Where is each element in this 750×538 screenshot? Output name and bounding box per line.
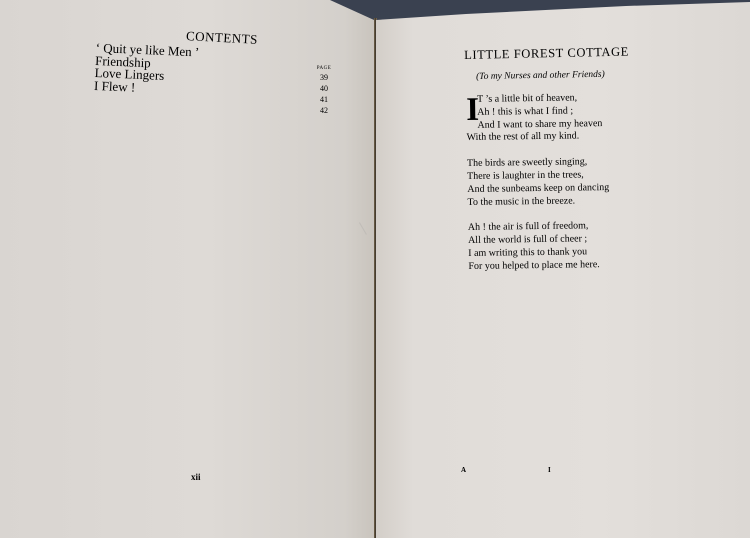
toc-page-number: 39 bbox=[312, 72, 336, 83]
poem-line: For you helped to place me here. bbox=[468, 259, 610, 274]
toc-page-number: 40 bbox=[312, 83, 336, 94]
poem-line: To the music in the breeze. bbox=[467, 195, 609, 210]
right-folio: I bbox=[548, 466, 551, 474]
toc-page-column: PAGE 39 40 41 42 bbox=[312, 66, 336, 116]
poem-line: And the sunbeams keep on dancing bbox=[467, 182, 609, 197]
toc-page-number: 42 bbox=[312, 105, 336, 116]
poem-body: I T ’s a little bit of heaven, Ah ! this… bbox=[466, 92, 611, 287]
stanza: I T ’s a little bit of heaven, Ah ! this… bbox=[466, 92, 609, 145]
book-spread: CONTENTS ‘ Quit ye like Men ’ Friendship… bbox=[0, 0, 750, 538]
toc-list: ‘ Quit ye like Men ’ Friendship Love Lin… bbox=[94, 42, 200, 96]
poem-line: And I want to share my heaven bbox=[466, 118, 608, 133]
page-column-header: PAGE bbox=[312, 66, 336, 71]
drop-cap: I bbox=[466, 96, 479, 124]
toc-page-number: 41 bbox=[312, 94, 336, 105]
left-folio: xii bbox=[191, 472, 201, 482]
stanza: Ah ! the air is full of freedom, All the… bbox=[468, 220, 611, 273]
signature-mark: A bbox=[461, 466, 466, 474]
stanza: The birds are sweetly singing, There is … bbox=[467, 156, 610, 209]
poem-line: With the rest of all my kind. bbox=[467, 130, 609, 145]
